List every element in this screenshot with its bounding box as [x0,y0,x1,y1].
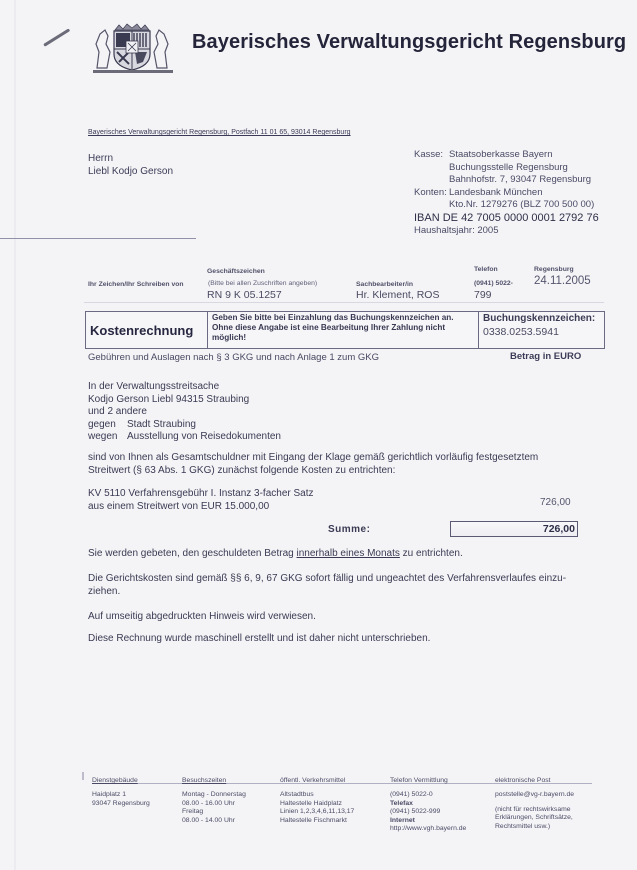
booking-code-label: Buchungskennzeichen: [483,313,600,324]
footer-email: elektronische Post poststelle@vg-r.bayer… [495,777,574,831]
fax-label: Telefax [390,800,413,807]
switchboard-number: (0941) 5022-0 [390,791,466,799]
konten-line: Kto.Nr. 1279276 (BLZ 700 500 00) [449,199,594,210]
sum-total: 726,00 [450,521,578,537]
budget-year: Haushaltsjahr: 2005 [414,225,599,238]
scan-edge [14,0,16,870]
your-reference-label: Ihr Zeichen/Ihr Schreiben von [88,281,184,288]
booking-code-notice: Geben Sie bitte bei Einzahlung das Buchu… [208,312,479,348]
plaintiff: Kodjo Gerson Liebl 94315 Straubing [88,394,281,407]
payment-info: Kasse:Staatsoberkasse Bayern Buchungsste… [414,149,599,237]
file-number-label: Geschäftszeichen [207,268,265,275]
footer-building: Dienstgebäude Haidplatz 1 93047 Regensbu… [92,777,150,808]
booking-code: 0338.0253.5941 [483,326,600,338]
note-text: zu entrichten. [400,548,463,559]
footer-line: Linien 1,2,3,4,6,11,13,17 [280,808,354,816]
footer-email-label: elektronische Post [495,777,574,785]
crest-pedestal [93,70,173,73]
deadline-emphasis: innerhalb eines Monats [297,548,400,559]
footer-line: Freitag [182,808,246,816]
footer-line: Haltestelle Fischmarkt [280,817,354,825]
coat-of-arms-icon [93,22,171,72]
note-line: ziehen. [88,586,566,599]
footer-line: Altstadtbus [280,791,354,799]
cost-item: KV 5110 Verfahrensgebühr I. Instanz 3-fa… [88,488,314,513]
address-window-rule [0,238,196,239]
recipient-salutation: Herrn [88,152,173,165]
iban: IBAN DE 42 7005 0000 0001 2792 76 [414,212,599,225]
kasse-line: Staatsoberkasse Bayern [449,149,553,160]
clerk-label: Sachbearbeiter/in [356,281,413,288]
footer-line: 08.00 - 14.00 Uhr [182,817,246,825]
invoice-title: Kostenrechnung [86,312,208,348]
note-text: Sie werden gebeten, den geschuldeten Bet… [88,548,297,559]
email-note-line: Erklärungen, Schriftsätze, [495,814,574,822]
footer-line: 93047 Regensburg [92,800,150,808]
sender-return-address: Bayerisches Verwaltungsgericht Regensbur… [88,129,351,136]
konten-line: Landesbank München [449,187,543,198]
recipient-address: Herrn Liebl Kodjo Gerson [88,152,173,178]
file-number-note: (Bitte bei allen Zuschriften angeben) [208,280,317,287]
email-note-line: (nicht für rechtswirksame [495,806,574,814]
letter-date: 24.11.2005 [534,275,591,287]
footer-line: Haidplatz 1 [92,791,150,799]
footer-line: 08.00 - 16.00 Uhr [182,800,246,808]
website-link[interactable]: http://www.vgh.bayern.de [390,825,466,833]
footer-building-label: Dienstgebäude [92,777,150,785]
costs-intro-line: sind von Ihnen als Gesamtschuldner mit E… [88,452,538,465]
file-number: RN 9 K 05.1257 [207,289,282,301]
email-note-line: Rechtsmittel usw.) [495,823,574,831]
case-intro: In der Verwaltungsstreitsache [88,381,281,394]
kasse-line: Bahnhofstr. 7, 93047 Regensburg [449,174,591,185]
sum-label: Summe: [328,524,370,535]
clerk-name: Hr. Klement, ROS [356,289,439,301]
defendant: Stadt Straubing [127,419,196,430]
case-details: In der Verwaltungsstreitsache Kodjo Gers… [88,381,281,444]
footer-transit-label: öffentl. Verkehrsmittel [280,777,354,785]
scan-mark [82,772,84,780]
note-line: Die Gerichtskosten sind gemäß §§ 6, 9, 6… [88,573,566,586]
reference-rule [84,302,604,303]
due-immediately-note: Die Gerichtskosten sind gemäß §§ 6, 9, 6… [88,573,566,598]
cost-item-basis: aus einem Streitwert von EUR 15.000,00 [88,501,314,514]
booking-code-cell: Buchungskennzeichen: 0338.0253.5941 [479,312,604,348]
cost-item-amount: 726,00 [540,497,571,508]
kasse-line: Buchungsstelle Regensburg [449,162,568,173]
footer-hours-label: Besuchszeiten [182,777,246,785]
fee-basis: Gebühren und Auslagen nach § 3 GKG und n… [88,352,379,363]
against-keyword: gegen [88,419,127,432]
machine-generated-note: Diese Rechnung wurde maschinell erstellt… [88,633,430,646]
cost-item-description: KV 5110 Verfahrensgebühr I. Instanz 3-fa… [88,488,314,501]
footer-hours: Besuchszeiten Montag - Donnerstag 08.00 … [182,777,246,825]
fax-number: (0941) 5022-999 [390,808,466,816]
court-name: Bayerisches Verwaltungsgericht Regensbur… [192,31,626,54]
case-subject: Ausstellung von Reisedokumenten [127,431,281,442]
footer-line: Haltestelle Haidplatz [280,800,354,808]
costs-intro: sind von Ihnen als Gesamtschuldner mit E… [88,452,538,477]
costs-intro-line: Streitwert (§ 63 Abs. 1 GKG) zunächst fo… [88,465,538,478]
konten-label: Konten: [414,187,449,200]
phone-label: Telefon [474,266,498,273]
other-parties: und 2 andere [88,406,281,419]
kasse-label: Kasse: [414,149,449,162]
email-link[interactable]: poststelle@vg-r.bayern.de [495,791,574,799]
recipient-name: Liebl Kodjo Gerson [88,165,173,178]
phone-prefix: (0941) 5022- [474,280,513,287]
place-label: Regensburg [534,266,574,273]
invoice-box: Kostenrechnung Geben Sie bitte bei Einza… [85,311,605,349]
phone-extension: 799 [474,289,492,301]
footer-phone-label: Telefon Vermittlung [390,777,466,785]
regarding-keyword: wegen [88,431,127,444]
payment-deadline-note: Sie werden gebeten, den geschuldeten Bet… [88,548,463,561]
footer-line: Montag - Donnerstag [182,791,246,799]
scanned-invoice-page: Bayerisches Verwaltungsgericht Regensbur… [0,0,637,870]
pen-mark [43,28,70,46]
internet-label: Internet [390,817,415,824]
amount-column-header: Betrag in EURO [510,351,581,362]
footer-phone: Telefon Vermittlung (0941) 5022-0 Telefa… [390,777,466,833]
footer-transit: öffentl. Verkehrsmittel Altstadtbus Halt… [280,777,354,825]
reverse-side-note: Auf umseitig abgedruckten Hinweis wird v… [88,611,316,624]
